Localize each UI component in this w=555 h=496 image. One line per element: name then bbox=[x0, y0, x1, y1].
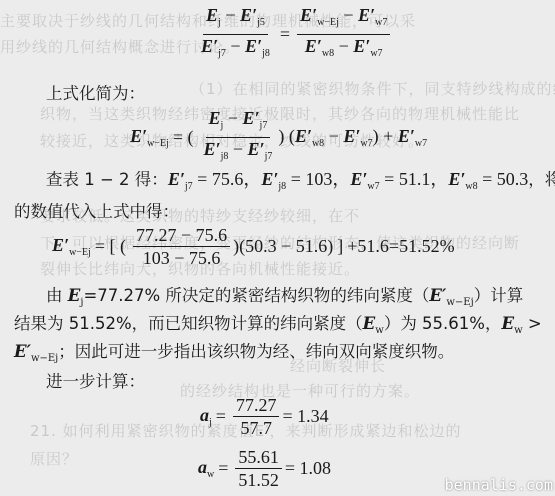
bleed-through-line: （1）在相同的紧密织物条件下，同支特纱线构成的织物 bbox=[190, 78, 555, 99]
equation-simplified: E′w−Ej = ( Ej − E′j7 E′j8 − E′j7 ) (E′w8… bbox=[130, 108, 427, 167]
paragraph-line-1: 由 Ej=77.27% 所决定的紧密结构织物的纬向紧度（E′w−Ej）计算 bbox=[46, 282, 523, 308]
bleed-through-line: 原因？ bbox=[30, 448, 78, 469]
further-label: 进一步计算： bbox=[46, 368, 145, 392]
fraction: E′w−Ej − E′w7 E′w8 − E′w7 bbox=[297, 5, 390, 64]
watermark: bennalis.com bbox=[445, 476, 553, 494]
equation-substituted: E′w−Ej = [ ( 77.27 − 75.6 103 − 75.6 ) (… bbox=[52, 225, 455, 268]
simplified-label: 上式化简为： bbox=[46, 80, 145, 104]
fraction: Ej − E′j5 E′j7 − E′j8 bbox=[198, 5, 273, 64]
fraction: Ej − E′j7 E′j8 − E′j7 bbox=[200, 108, 275, 167]
fraction: 55.61 51.52 bbox=[235, 447, 282, 490]
paragraph-line-3: E′w−Ej；因此可进一步指出该织物为经、纬向双向紧度织物。 bbox=[14, 338, 454, 364]
fraction: 77.27 57.7 bbox=[233, 395, 280, 438]
paragraph-line-2: 结果为 51.52%，而已知织物计算的纬向紧度（Ew）为 55.61%，Ew > bbox=[14, 310, 542, 336]
equation-aw: aw = 55.61 51.52 = 1.08 bbox=[198, 447, 331, 490]
fraction: 77.27 − 75.6 103 − 75.6 bbox=[133, 225, 230, 268]
equation-ratio: Ej − E′j5 E′j7 − E′j8 = E′w−Ej − E′w7 E′… bbox=[195, 5, 393, 64]
equation-aj: aj = 77.27 57.7 = 1.34 bbox=[200, 395, 329, 438]
lookup-line: 查表 1 − 2 得：E′j7 = 75.6，E′j8 = 103，E′w7 =… bbox=[46, 165, 555, 192]
substitute-text: 的数值代入上式中得： bbox=[14, 198, 179, 222]
